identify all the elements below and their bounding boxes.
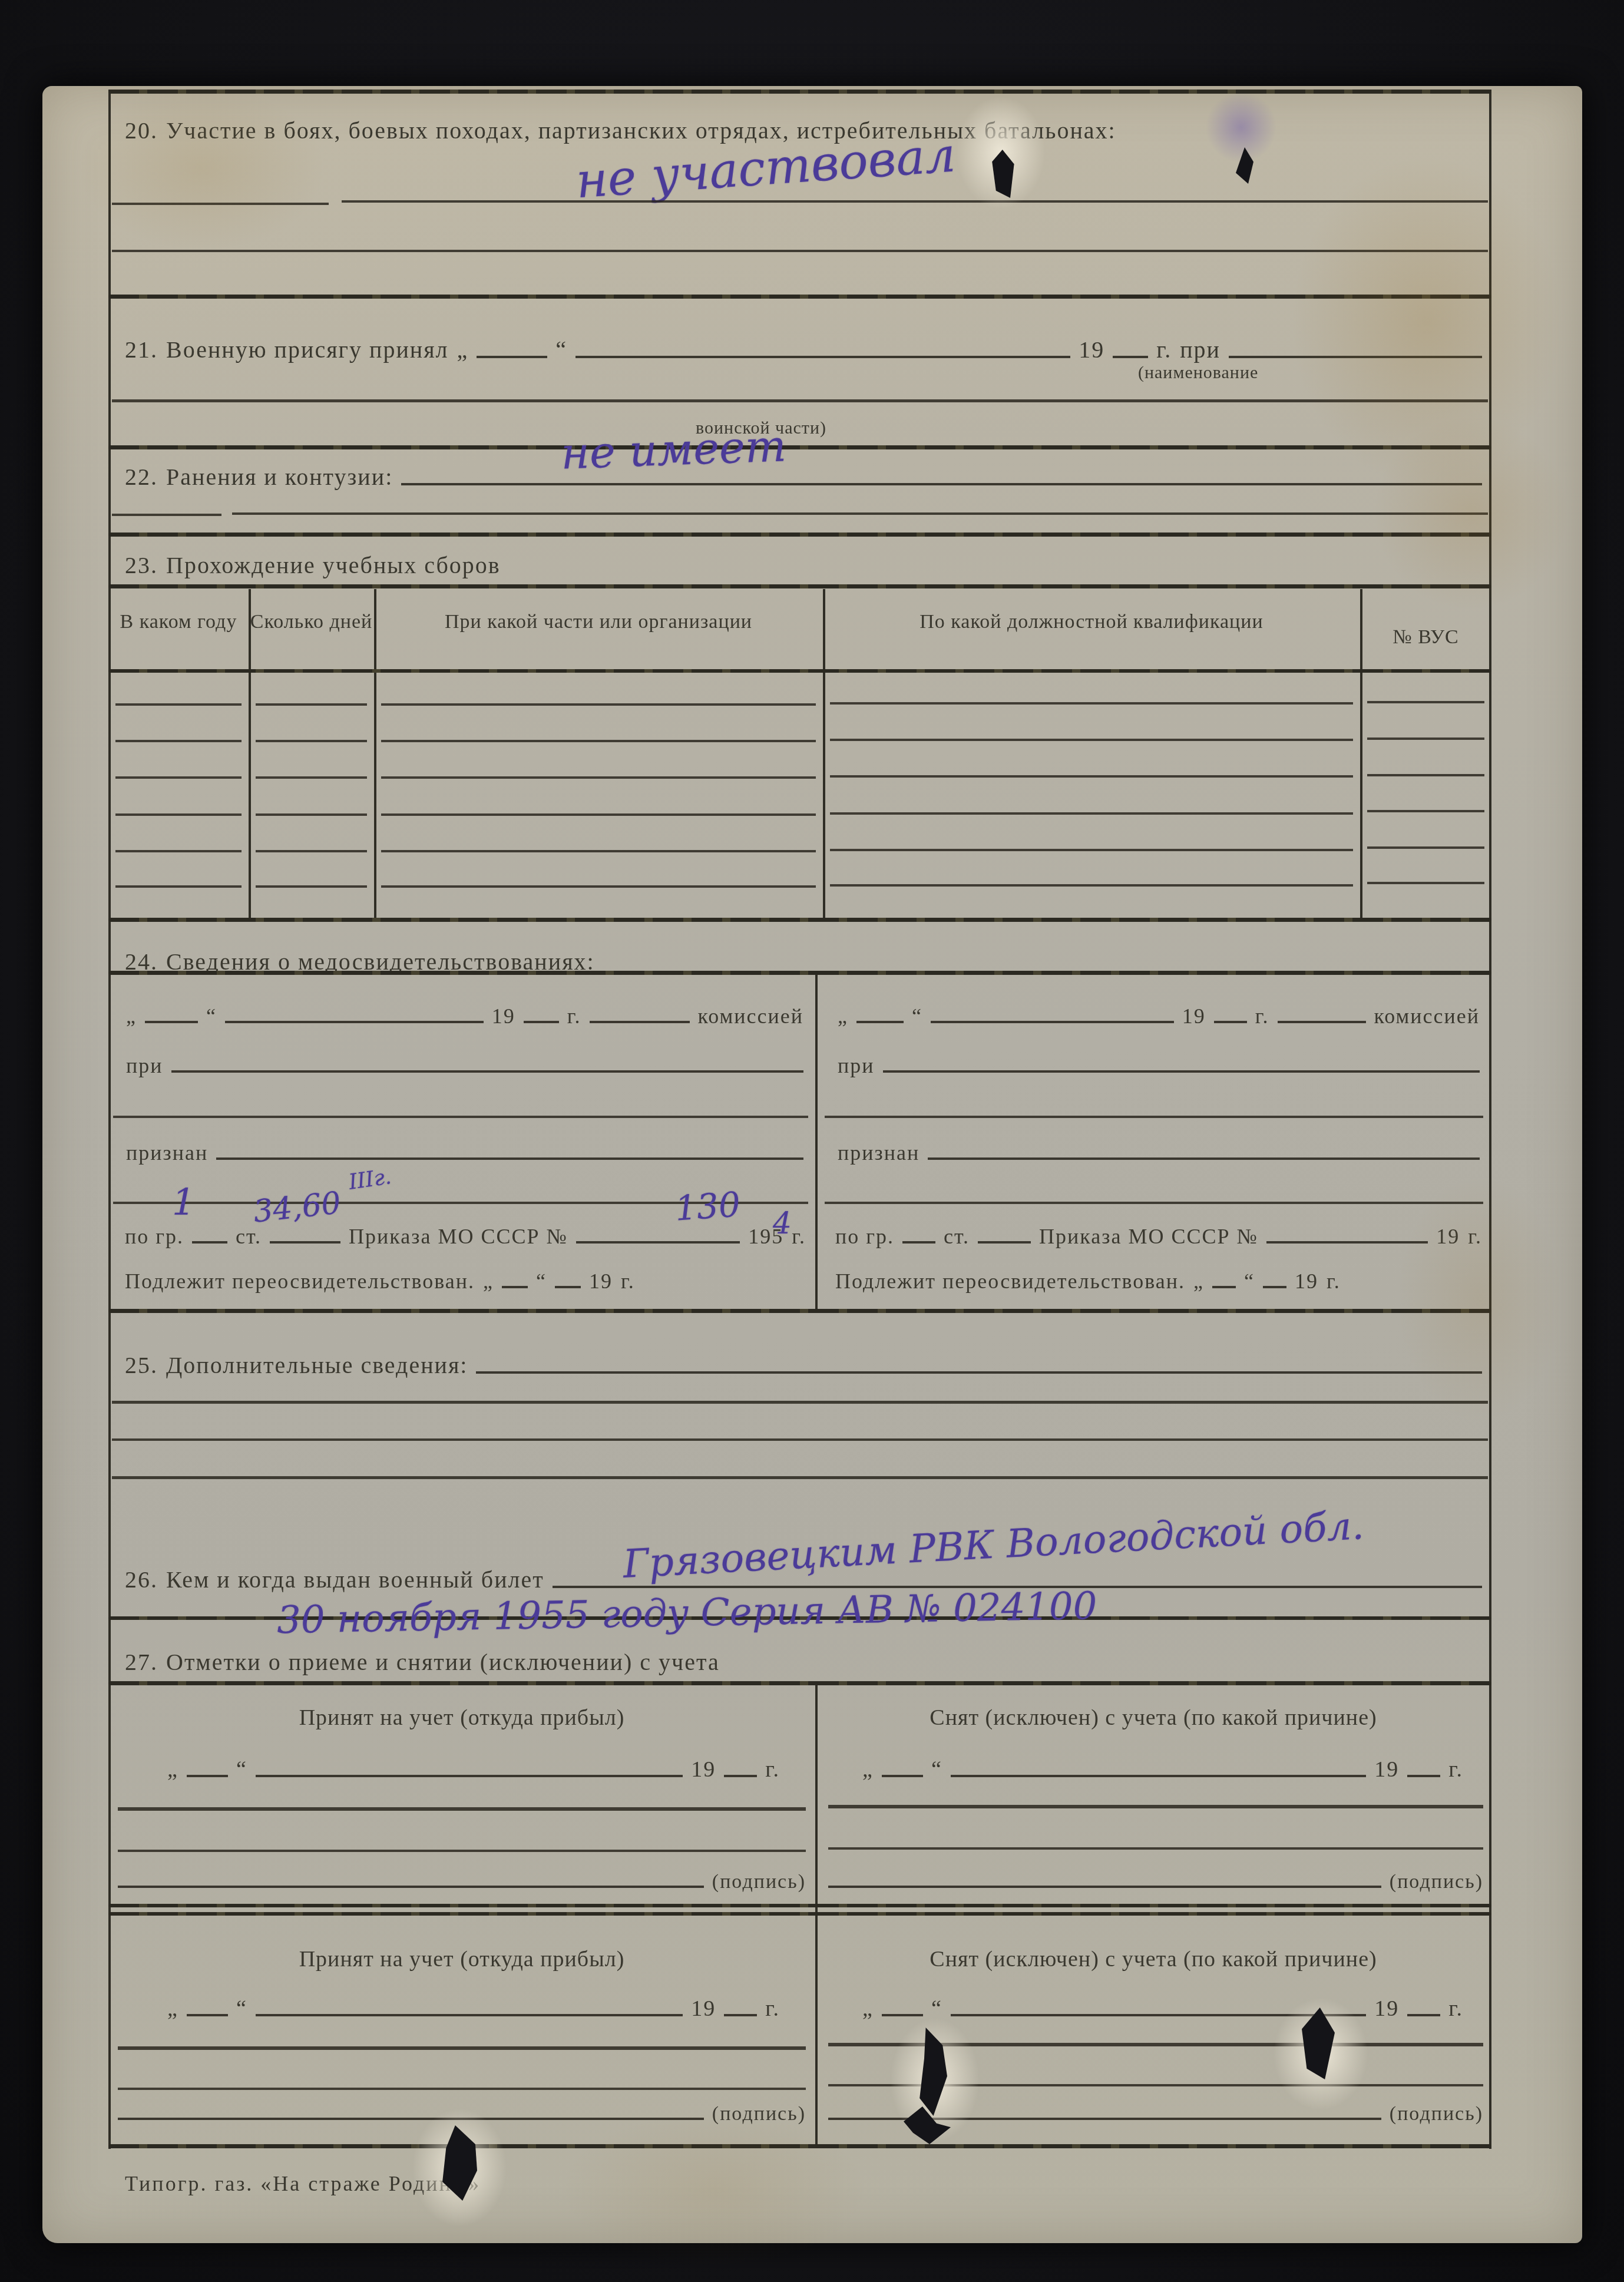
blank-month [256,2014,683,2016]
remove-date-row: „ “ 19 г. [862,1757,1463,1782]
open-quote: „ [862,1757,874,1782]
blank-year [724,2014,757,2016]
signature-label: (подпись) [712,2103,806,2125]
table-row-line [381,850,816,852]
accept-signature-row: (подпись) [118,1871,806,1893]
blank-month [256,1775,683,1777]
table-row-line [256,703,367,706]
year-g: г. [792,1224,806,1249]
item-22-handwriting: не имеет [560,421,788,479]
blank-article [270,1241,340,1243]
year-prefix: 19 [1436,1224,1460,1249]
year-g: г. [765,1757,780,1782]
column-header-year: В каком году [108,608,249,636]
blank-day [882,2014,923,2016]
writing-line [118,1850,806,1852]
blank-commission [590,1021,690,1023]
open-quote: „ [483,1269,494,1294]
blank-recognized [216,1157,803,1160]
signature-line [828,1886,1381,1888]
writing-line [825,1116,1483,1118]
med-hw-article: 34,60 [252,1185,342,1229]
close-quote: “ [236,1996,247,2022]
open-quote: „ [126,1004,137,1028]
year-g: г. [567,1004,581,1028]
table-row-line [830,775,1353,778]
writing-line [118,1807,806,1811]
year-g: г. [1255,1004,1269,1028]
writing-line [118,2088,806,2090]
item-26-number: 26. [125,1566,158,1593]
close-quote: “ [206,1004,217,1028]
med-right-at-row: при [838,1053,1480,1078]
writing-line [232,512,1488,515]
table-column-border [249,589,251,918]
writing-line [112,514,221,516]
separator-rule [108,533,1491,537]
item-22-label: Ранения и контузии: [166,463,393,491]
close-quote: “ [1244,1269,1255,1294]
close-quote: “ [536,1269,547,1294]
accept-date-row: „ “ 19 г. [167,1996,780,2022]
writing-line [825,1202,1483,1204]
column-header-qualification: По какой должностной квалификации [823,608,1360,636]
year-prefix: 19 [1079,336,1104,363]
item-21-label: Военную присягу принял [166,336,449,363]
item-25-number: 25. [125,1351,158,1379]
med-right-date-row: „ “ 19 г. комиссией [838,1004,1480,1028]
group-label: по гр. [835,1224,894,1249]
recognized-label: признан [126,1140,208,1165]
table-row-line [830,739,1353,741]
med-left-date-row: „ “ 19 г. комиссией [126,1004,803,1028]
open-quote: „ [838,1004,848,1028]
column-header-days: Сколько дней [249,608,374,636]
table-row-line [115,740,242,742]
signature-label: (подпись) [712,1871,806,1893]
blank-day [1212,1286,1236,1288]
table-row-line [115,813,242,816]
med-hw-group: 1 [172,1180,195,1223]
signature-line [118,2118,704,2120]
med-right-order-row: по гр. ст. Приказа МО СССР № 19 г. [835,1224,1482,1249]
med-hw-article-superscript: ІІІг. [347,1165,392,1195]
year-prefix: 19 [691,1996,716,2022]
blank-article [978,1241,1031,1243]
blank-additional [476,1371,1482,1374]
table-row-line [1367,774,1484,776]
commission-label: комиссией [1374,1004,1480,1028]
writing-line [112,250,1488,252]
at-label: при [838,1053,875,1078]
remove-header: Снят (исключен) с учета (по какой причин… [815,1702,1491,1734]
medical-divider [815,974,818,1310]
year-prefix: 19 [589,1269,613,1294]
med-left-at-row: при [126,1053,803,1078]
blank-at [883,1070,1480,1073]
blank-commission [1278,1021,1366,1023]
table-row-line [381,813,816,816]
table-row-line [381,703,816,706]
item-27-title: 27. Отметки о приеме и снятии (исключени… [125,1648,720,1676]
table-row-line [1367,882,1484,884]
table-row-line [1367,701,1484,703]
blank-order-no [576,1241,740,1243]
blank-month [931,1021,1174,1023]
med-left-order-row: по гр. ст. Приказа МО СССР № 195 г. [125,1224,806,1249]
blank-month [225,1021,484,1023]
group-label: по гр. [125,1224,184,1249]
year-g: г. [1468,1224,1482,1249]
item-22-title: 22. Ранения и контузии: [125,463,1482,491]
item-23-label: Прохождение учебных сборов [166,551,501,579]
blank-day [145,1021,198,1023]
item-21-note1: (наименование [1138,363,1258,383]
close-quote: “ [555,336,567,363]
blank-year [1113,356,1148,358]
scan-background: { "colors": { "background": "#131316", "… [0,0,1624,2282]
signature-label: (подпись) [1390,2103,1483,2125]
year-g: г. [1448,1996,1463,2022]
item-25-title: 25. Дополнительные сведения: [125,1351,1482,1379]
signature-label: (подпись) [1390,1871,1483,1893]
item-27-number: 27. [125,1648,158,1676]
remove-date-row: „ “ 19 г. [862,1996,1463,2022]
table-row-line [1367,737,1484,740]
table-top-rule [108,584,1491,588]
table-row-line [1367,810,1484,812]
item-22-number: 22. [125,463,158,491]
blank-day [856,1021,904,1023]
year-prefix: 19 [1374,1757,1399,1782]
table-row-line [381,885,816,888]
med-right-reexam-row: Подлежит переосвидетельствован. „ “ 19 г… [835,1269,1482,1294]
table-row-line [830,849,1353,851]
med-left-recognized-row: признан [126,1140,803,1165]
item-26-label: Кем и когда выдан военный билет [166,1566,544,1593]
registration-bottom-rule [108,2144,1491,2148]
paper-stain [78,86,325,251]
at-label: при [1180,336,1221,363]
reexam-label: Подлежит переосвидетельствован. [835,1269,1185,1294]
writing-line [112,1476,1488,1479]
medical-table: „ “ 19 г. комиссией при признан по гр. с… [108,971,1491,1312]
reexam-label: Подлежит переосвидетельствован. [125,1269,475,1294]
registration-top-rule [108,1681,1491,1685]
order-label: Приказа МО СССР № [349,1224,568,1249]
medical-bottom-rule [108,1309,1491,1313]
blank-year [1407,1775,1440,1777]
blank-year [1214,1021,1247,1023]
blank-unit [1229,356,1482,358]
accept-header: Принят на учет (откуда прибыл) [108,1944,815,1975]
column-header-vus: № ВУС [1360,623,1491,651]
table-row-line [256,740,367,742]
table-row-line [256,850,367,852]
recognized-label: признан [838,1140,920,1165]
year-prefix: 19 [1374,1996,1399,2022]
open-quote: „ [167,1757,178,1782]
blank-day [187,1775,228,1777]
med-left-reexam-row: Подлежит переосвидетельствован. „ “ 19 г… [125,1269,806,1294]
table-row-line [256,885,367,888]
blank-order-no [1266,1241,1428,1243]
year-prefix: 19 [1182,1004,1206,1028]
blank-day [187,2014,228,2016]
table-row-line [256,776,367,779]
top-cut-rule [108,90,1491,94]
med-right-recognized-row: признан [838,1140,1480,1165]
year-g: г. [1156,336,1172,363]
blank-month [555,1286,581,1288]
writing-line [112,1438,1488,1441]
training-table: В каком году Сколько дней При какой част… [108,584,1491,921]
year-prefix: 19 [1295,1269,1318,1294]
writing-line [828,1847,1483,1850]
separator-rule [108,295,1491,299]
writing-line [112,399,1488,402]
table-header-rule [108,669,1491,673]
close-quote: “ [931,1757,942,1782]
article-label: ст. [944,1224,970,1249]
paper-hole [1236,147,1253,184]
table-row-line [381,740,816,742]
writing-line [118,2046,806,2050]
table-row-line [830,812,1353,815]
blank-month [951,1775,1366,1777]
table-column-border [374,589,376,918]
year-prefix: 19 [691,1757,716,1782]
blank-recognized [928,1157,1480,1160]
item-23-number: 23. [125,551,158,579]
table-row-line [115,776,242,779]
writing-line [342,200,1488,203]
year-prefix: 19 [492,1004,515,1028]
accept-header: Принят на учет (откуда прибыл) [108,1702,815,1734]
blank-day [502,1286,528,1288]
table-row-line [830,702,1353,705]
separator-rule [108,445,1491,449]
blank-year [524,1021,559,1023]
blank-year [724,1775,757,1777]
table-row-line [115,850,242,852]
writing-line [828,1805,1483,1808]
close-quote: “ [236,1757,247,1782]
paper-stain [1291,157,1562,487]
order-label: Приказа МО СССР № [1039,1224,1258,1249]
column-header-unit: При какой части или организации [374,608,823,636]
table-row-line [115,885,242,888]
blank-month [575,356,1070,358]
item-23-title: 23. Прохождение учебных сборов [125,551,501,579]
open-quote: „ [167,1996,178,2022]
signature-line [118,1886,704,1888]
blank-at [171,1070,803,1073]
block-separator-rule [108,1912,1491,1916]
open-quote: „ [457,336,469,363]
document-sheet: 20. Участие в боях, боевых походах, парт… [42,86,1582,2243]
block-separator-rule [108,1904,1491,1907]
year-g: г. [1448,1757,1463,1782]
item-21-number: 21. [125,336,158,363]
medical-top-rule [108,971,1491,975]
blank-day [882,1775,923,1777]
accept-date-row: „ “ 19 г. [167,1757,780,1782]
remove-signature-row: (подпись) [828,1871,1483,1893]
item-25-label: Дополнительные сведения: [166,1351,468,1379]
table-row-line [1367,846,1484,849]
table-bottom-rule [108,918,1491,922]
year-g: г. [765,1996,780,2022]
table-row-line [381,776,816,779]
blank-group [902,1241,935,1243]
blank-year [1407,2014,1440,2016]
table-row-line [115,703,242,706]
close-quote: “ [912,1004,922,1028]
remove-header: Снят (исключен) с учета (по какой причин… [815,1944,1491,1975]
open-quote: „ [1193,1269,1204,1294]
at-label: при [126,1053,163,1078]
table-column-border [823,589,825,918]
item-27-label: Отметки о приеме и снятии (исключении) с… [166,1648,720,1676]
blank-wounds [401,483,1482,485]
writing-line [112,1401,1488,1404]
med-hw-year-digit: 4 [773,1206,792,1241]
commission-label: комиссией [698,1004,804,1028]
writing-line [113,1116,808,1118]
open-quote: „ [862,1996,874,2022]
blank-group [192,1241,227,1243]
item-20-number: 20. [125,117,158,144]
writing-line [112,203,329,205]
year-g: г. [621,1269,635,1294]
item-21-title: 21. Военную присягу принял „ “ 19 г. при [125,336,1482,363]
blank-month [1263,1286,1286,1288]
year-g: г. [1327,1269,1341,1294]
med-hw-order-no: 130 [674,1184,742,1229]
table-row-line [256,813,367,816]
blank-day [477,356,547,358]
table-row-line [830,884,1353,887]
